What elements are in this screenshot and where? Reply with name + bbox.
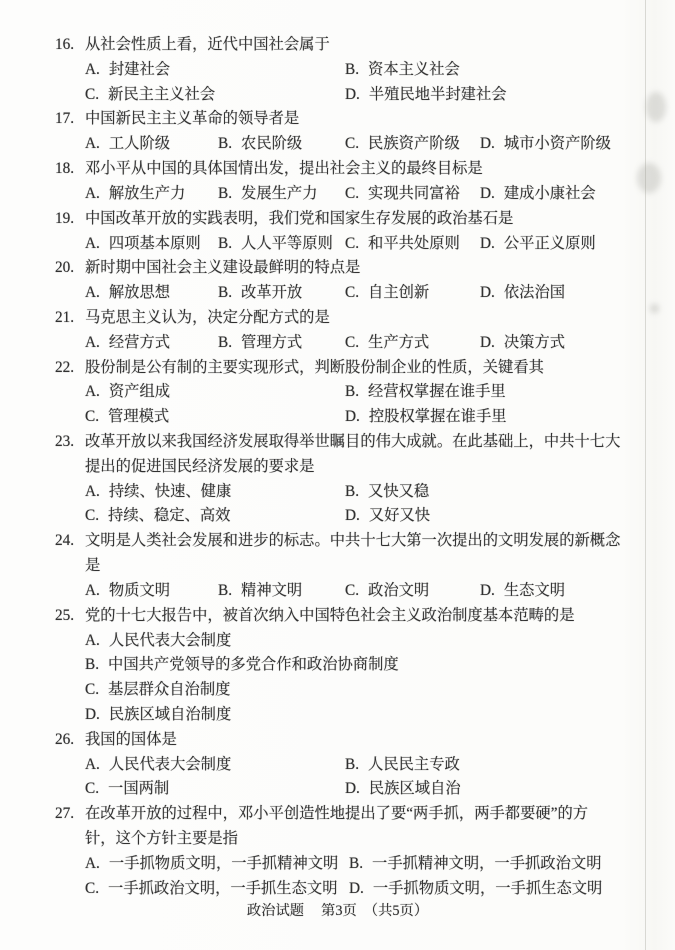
question-stem-line: 是 — [85, 554, 647, 579]
option-d: D.半殖民地半封建社会 — [345, 83, 647, 108]
question-stem-line: 17.中国新民主主义革命的领导者是 — [85, 107, 647, 132]
option-text: 一手抓政治文明，一手抓生态文明 — [108, 880, 337, 897]
question-number: 17. — [55, 107, 85, 132]
option-a: A.物质文明 — [85, 579, 218, 604]
question-stem: 新时期中国社会主义建设最鲜明的特点是 — [85, 259, 360, 276]
option-label: B. — [218, 135, 232, 152]
question-25: 25.党的十七大报告中，被首次纳入中国特色社会主义政治制度基本范畴的是 A.人民… — [55, 604, 647, 728]
option-label: A. — [85, 334, 100, 351]
question-number: 16. — [55, 33, 85, 58]
option-b: B.中国共产党领导的多党合作和政治协商制度 — [85, 656, 399, 673]
option-a: A.解放生产力 — [85, 182, 218, 207]
options-row: A.人民代表大会制度 B.人民民主专政 — [85, 753, 647, 778]
question-stem-line: 23.改革开放以来我国经济发展取得举世瞩目的伟大成就。在此基础上，中共十七大 — [85, 430, 647, 455]
options-row: A.一手抓物质文明，一手抓精神文明 B.一手抓精神文明，一手抓政治文明 — [85, 852, 647, 877]
question-stem: 中国新民主主义革命的领导者是 — [85, 110, 299, 127]
question-18: 18.邓小平从中国的具体国情出发，提出社会主义的最终目标是 A.解放生产力 B.… — [55, 157, 647, 207]
option-b: B.人人平等原则 — [218, 232, 345, 257]
question-stem-line: 19.中国改革开放的实践表明，我们党和国家生存发展的政治基石是 — [85, 207, 647, 232]
option-c: C.管理模式 — [85, 405, 345, 430]
question-27: 27.在改革开放的过程中，邓小平创造性地提出了要“两手抓，两手都要硬”的方 针，… — [55, 802, 647, 901]
page-footer: 政治试题第3页（共5页） — [0, 899, 675, 924]
question-stem-line: 16.从社会性质上看，近代中国社会属于 — [85, 33, 647, 58]
option-a: A.资产组成 — [85, 380, 345, 405]
option-b: B.管理方式 — [218, 331, 345, 356]
option-label: B. — [218, 284, 232, 301]
options-row: A.人民代表大会制度 — [85, 629, 647, 654]
options-row: A.经营方式 B.管理方式 C.生产方式 D.决策方式 — [85, 331, 647, 356]
question-26: 26.我国的国体是 A.人民代表大会制度 B.人民民主专政 C.一国两制 D.民… — [55, 728, 647, 802]
option-label: B. — [218, 235, 232, 252]
question-stem: 文明是人类社会发展和进步的标志。中共十七大第一次提出的文明发展的新概念 — [85, 532, 620, 549]
question-20: 20.新时期中国社会主义建设最鲜明的特点是 A.解放思想 B.改革开放 C.自主… — [55, 256, 647, 306]
option-text: 决策方式 — [504, 334, 565, 351]
option-label: A. — [85, 61, 100, 78]
page-total: （共5页） — [364, 903, 428, 919]
option-c: C.生产方式 — [345, 331, 480, 356]
option-label: A. — [85, 582, 100, 599]
option-text: 生产方式 — [368, 334, 429, 351]
option-label: D. — [349, 880, 364, 897]
question-stem: 从社会性质上看，近代中国社会属于 — [85, 36, 330, 53]
options-row: C.新民主主义社会 D.半殖民地半封建社会 — [85, 83, 647, 108]
question-number: 21. — [55, 306, 85, 331]
options-row: B.中国共产党领导的多党合作和政治协商制度 — [85, 653, 647, 678]
option-b: B.发展生产力 — [218, 182, 345, 207]
question-stem: 马克思主义认为，决定分配方式的是 — [85, 309, 330, 326]
question-stem-line: 针，这个方针主要是指 — [85, 827, 647, 852]
options-row: C.管理模式 D.控股权掌握在谁手里 — [85, 405, 647, 430]
option-label: C. — [85, 86, 99, 103]
question-stem: 股份制是公有制的主要实现形式，判断股份制企业的性质，关键看其 — [85, 359, 544, 376]
option-d: D.城市小资产阶级 — [480, 132, 647, 157]
option-text: 持续、快速、健康 — [109, 483, 231, 500]
question-stem: 邓小平从中国的具体国情出发，提出社会主义的最终目标是 — [85, 160, 483, 177]
option-a: A.人民代表大会制度 — [85, 753, 345, 778]
option-text: 和平共处原则 — [368, 235, 460, 252]
option-label: D. — [480, 284, 495, 301]
options-row: A.持续、快速、健康 B.又快又稳 — [85, 480, 647, 505]
option-text: 中国共产党领导的多党合作和政治协商制度 — [108, 656, 399, 673]
option-text: 自主创新 — [368, 284, 429, 301]
question-number: 20. — [55, 256, 85, 281]
question-number: 22. — [55, 356, 85, 381]
option-b: B.改革开放 — [218, 281, 345, 306]
option-label: C. — [85, 408, 99, 425]
question-number: 19. — [55, 207, 85, 232]
option-b: B.人民民主专政 — [345, 753, 647, 778]
question-stem: 中国改革开放的实践表明，我们党和国家生存发展的政治基石是 — [85, 210, 513, 227]
option-label: A. — [85, 185, 100, 202]
option-a: A.持续、快速、健康 — [85, 480, 345, 505]
option-a: A.人民代表大会制度 — [85, 632, 231, 649]
option-text: 公平正义原则 — [504, 235, 596, 252]
option-text: 建成小康社会 — [504, 185, 596, 202]
option-a: A.一手抓物质文明，一手抓精神文明 — [85, 852, 349, 877]
option-c: C.新民主主义社会 — [85, 83, 345, 108]
option-label: C. — [85, 880, 99, 897]
option-text: 生态文明 — [504, 582, 565, 599]
option-a: A.工人阶级 — [85, 132, 218, 157]
option-text: 控股权掌握在谁手里 — [369, 408, 507, 425]
option-d: D.建成小康社会 — [480, 182, 647, 207]
option-label: D. — [345, 86, 360, 103]
option-text: 半殖民地半封建社会 — [369, 86, 507, 103]
question-stem-line: 20.新时期中国社会主义建设最鲜明的特点是 — [85, 256, 647, 281]
option-text: 工人阶级 — [109, 135, 170, 152]
question-stem: 党的十七大报告中，被首次纳入中国特色社会主义政治制度基本范畴的是 — [85, 607, 575, 624]
option-text: 解放思想 — [109, 284, 170, 301]
option-label: B. — [218, 185, 232, 202]
option-text: 管理方式 — [241, 334, 302, 351]
option-text: 四项基本原则 — [109, 235, 201, 252]
option-text: 城市小资产阶级 — [504, 135, 611, 152]
question-stem-line: 25.党的十七大报告中，被首次纳入中国特色社会主义政治制度基本范畴的是 — [85, 604, 647, 629]
question-number: 18. — [55, 157, 85, 182]
option-label: D. — [480, 334, 495, 351]
option-text: 资本主义社会 — [368, 61, 460, 78]
option-label: B. — [218, 334, 232, 351]
option-c: C.持续、稳定、高效 — [85, 504, 345, 529]
option-text: 人民代表大会制度 — [109, 632, 231, 649]
option-d: D.民族区域自治制度 — [85, 706, 231, 723]
option-text: 依法治国 — [504, 284, 565, 301]
option-d: D.生态文明 — [480, 579, 647, 604]
option-b: B.又快又稳 — [345, 480, 647, 505]
question-21: 21.马克思主义认为，决定分配方式的是 A.经营方式 B.管理方式 C.生产方式… — [55, 306, 647, 356]
options-row: A.解放思想 B.改革开放 C.自主创新 D.依法治国 — [85, 281, 647, 306]
option-text: 民族资产阶级 — [368, 135, 460, 152]
scan-smudge — [646, 92, 666, 122]
option-label: C. — [85, 681, 99, 698]
options-row: A.四项基本原则 B.人人平等原则 C.和平共处原则 D.公平正义原则 — [85, 232, 647, 257]
option-d: D.依法治国 — [480, 281, 647, 306]
option-d: D.民族区域自治 — [345, 777, 647, 802]
exam-page: 16.从社会性质上看，近代中国社会属于 A.封建社会 B.资本主义社会 C.新民… — [0, 0, 675, 950]
option-text: 物质文明 — [109, 582, 170, 599]
option-text: 一手抓精神文明，一手抓政治文明 — [372, 855, 601, 872]
option-label: D. — [480, 185, 495, 202]
option-d: D.公平正义原则 — [480, 232, 647, 257]
option-label: D. — [480, 135, 495, 152]
question-stem: 是 — [85, 557, 100, 574]
question-number: 25. — [55, 604, 85, 629]
question-stem-line: 21.马克思主义认为，决定分配方式的是 — [85, 306, 647, 331]
option-label: D. — [345, 507, 360, 524]
option-label: A. — [85, 235, 100, 252]
option-text: 改革开放 — [241, 284, 302, 301]
options-row: C.基层群众自治制度 — [85, 678, 647, 703]
options-row: A.资产组成 B.经营权掌握在谁手里 — [85, 380, 647, 405]
option-b: B.经营权掌握在谁手里 — [345, 380, 647, 405]
option-b: B.农民阶级 — [218, 132, 345, 157]
question-stem-line: 22.股份制是公有制的主要实现形式，判断股份制企业的性质，关键看其 — [85, 356, 647, 381]
option-text: 民族区域自治制度 — [109, 706, 231, 723]
option-text: 精神文明 — [241, 582, 302, 599]
option-text: 基层群众自治制度 — [108, 681, 230, 698]
option-text: 人民民主专政 — [368, 756, 460, 773]
question-19: 19.中国改革开放的实践表明，我们党和国家生存发展的政治基石是 A.四项基本原则… — [55, 207, 647, 257]
question-stem: 在改革开放的过程中，邓小平创造性地提出了要“两手抓，两手都要硬”的方 — [85, 805, 588, 822]
option-label: B. — [218, 582, 232, 599]
options-row: C.一国两制 D.民族区域自治 — [85, 777, 647, 802]
option-label: C. — [345, 235, 359, 252]
option-text: 管理模式 — [108, 408, 169, 425]
question-number: 26. — [55, 728, 85, 753]
option-label: B. — [85, 656, 99, 673]
option-label: B. — [345, 483, 359, 500]
question-24: 24.文明是人类社会发展和进步的标志。中共十七大第一次提出的文明发展的新概念 是… — [55, 529, 647, 603]
option-d: D.又好又快 — [345, 504, 647, 529]
option-text: 新民主主义社会 — [108, 86, 215, 103]
option-label: A. — [85, 483, 100, 500]
question-number: 23. — [55, 430, 85, 455]
option-c: C.基层群众自治制度 — [85, 681, 230, 698]
option-label: B. — [349, 855, 363, 872]
question-stem: 改革开放以来我国经济发展取得举世瞩目的伟大成就。在此基础上，中共十七大 — [85, 433, 620, 450]
option-text: 政治文明 — [368, 582, 429, 599]
question-number: 27. — [55, 802, 85, 827]
scan-edge-line — [645, 0, 646, 950]
option-text: 又快又稳 — [368, 483, 429, 500]
option-text: 实现共同富裕 — [368, 185, 460, 202]
option-b: B.一手抓精神文明，一手抓政治文明 — [349, 852, 647, 877]
option-label: B. — [345, 61, 359, 78]
options-row: A.物质文明 B.精神文明 C.政治文明 D.生态文明 — [85, 579, 647, 604]
question-stem: 我国的国体是 — [85, 731, 177, 748]
option-label: D. — [480, 582, 495, 599]
question-22: 22.股份制是公有制的主要实现形式，判断股份制企业的性质，关键看其 A.资产组成… — [55, 356, 647, 430]
option-d: D.一手抓物质文明，一手抓生态文明 — [349, 877, 647, 902]
option-label: D. — [345, 780, 360, 797]
option-label: C. — [345, 185, 359, 202]
question-list: 16.从社会性质上看，近代中国社会属于 A.封建社会 B.资本主义社会 C.新民… — [55, 33, 647, 901]
options-row: C.持续、稳定、高效 D.又好又快 — [85, 504, 647, 529]
option-text: 又好又快 — [369, 507, 430, 524]
question-number: 24. — [55, 529, 85, 554]
option-c: C.自主创新 — [345, 281, 480, 306]
option-c: C.政治文明 — [345, 579, 480, 604]
option-text: 经营方式 — [109, 334, 170, 351]
option-b: B.精神文明 — [218, 579, 345, 604]
option-d: D.决策方式 — [480, 331, 647, 356]
question-stem: 针，这个方针主要是指 — [85, 830, 238, 847]
options-row: A.解放生产力 B.发展生产力 C.实现共同富裕 D.建成小康社会 — [85, 182, 647, 207]
option-text: 封建社会 — [109, 61, 170, 78]
question-23: 23.改革开放以来我国经济发展取得举世瞩目的伟大成就。在此基础上，中共十七大 提… — [55, 430, 647, 529]
option-text: 一手抓物质文明，一手抓生态文明 — [373, 880, 602, 897]
option-text: 一国两制 — [108, 780, 169, 797]
question-stem-line: 24.文明是人类社会发展和进步的标志。中共十七大第一次提出的文明发展的新概念 — [85, 529, 647, 554]
option-text: 农民阶级 — [241, 135, 302, 152]
option-label: C. — [345, 284, 359, 301]
option-label: D. — [480, 235, 495, 252]
options-row: A.工人阶级 B.农民阶级 C.民族资产阶级 D.城市小资产阶级 — [85, 132, 647, 157]
option-c: C.一手抓政治文明，一手抓生态文明 — [85, 877, 349, 902]
option-label: C. — [345, 135, 359, 152]
option-label: C. — [85, 507, 99, 524]
scan-smudge — [637, 163, 661, 193]
option-label: A. — [85, 756, 100, 773]
question-17: 17.中国新民主主义革命的领导者是 A.工人阶级 B.农民阶级 C.民族资产阶级… — [55, 107, 647, 157]
option-a: A.封建社会 — [85, 58, 345, 83]
option-a: A.解放思想 — [85, 281, 218, 306]
exam-title: 政治试题 — [247, 903, 304, 919]
option-label: C. — [345, 582, 359, 599]
option-label: A. — [85, 135, 100, 152]
page-number: 第3页 — [321, 903, 357, 919]
option-text: 一手抓物质文明，一手抓精神文明 — [109, 855, 338, 872]
option-label: B. — [345, 383, 359, 400]
option-b: B.资本主义社会 — [345, 58, 647, 83]
option-label: A. — [85, 284, 100, 301]
question-stem-line: 提出的促进国民经济发展的要求是 — [85, 455, 647, 480]
option-label: A. — [85, 632, 100, 649]
question-stem-line: 26.我国的国体是 — [85, 728, 647, 753]
option-label: C. — [85, 780, 99, 797]
option-label: A. — [85, 855, 100, 872]
question-stem-line: 27.在改革开放的过程中，邓小平创造性地提出了要“两手抓，两手都要硬”的方 — [85, 802, 647, 827]
option-a: A.四项基本原则 — [85, 232, 218, 257]
option-text: 发展生产力 — [241, 185, 318, 202]
option-text: 民族区域自治 — [369, 780, 461, 797]
options-row: A.封建社会 B.资本主义社会 — [85, 58, 647, 83]
options-row: D.民族区域自治制度 — [85, 703, 647, 728]
question-stem: 提出的促进国民经济发展的要求是 — [85, 458, 314, 475]
option-d: D.控股权掌握在谁手里 — [345, 405, 647, 430]
option-text: 经营权掌握在谁手里 — [368, 383, 506, 400]
option-c: C.一国两制 — [85, 777, 345, 802]
option-label: B. — [345, 756, 359, 773]
options-row: C.一手抓政治文明，一手抓生态文明 D.一手抓物质文明，一手抓生态文明 — [85, 877, 647, 902]
option-text: 人人平等原则 — [241, 235, 333, 252]
scan-smudge — [650, 304, 659, 313]
option-c: C.和平共处原则 — [345, 232, 480, 257]
option-a: A.经营方式 — [85, 331, 218, 356]
option-label: D. — [85, 706, 100, 723]
option-text: 解放生产力 — [109, 185, 186, 202]
option-text: 人民代表大会制度 — [109, 756, 231, 773]
option-c: C.民族资产阶级 — [345, 132, 480, 157]
option-text: 持续、稳定、高效 — [108, 507, 230, 524]
question-stem-line: 18.邓小平从中国的具体国情出发，提出社会主义的最终目标是 — [85, 157, 647, 182]
option-label: D. — [345, 408, 360, 425]
option-label: A. — [85, 383, 100, 400]
option-c: C.实现共同富裕 — [345, 182, 480, 207]
question-16: 16.从社会性质上看，近代中国社会属于 A.封建社会 B.资本主义社会 C.新民… — [55, 33, 647, 107]
option-text: 资产组成 — [109, 383, 170, 400]
option-label: C. — [345, 334, 359, 351]
